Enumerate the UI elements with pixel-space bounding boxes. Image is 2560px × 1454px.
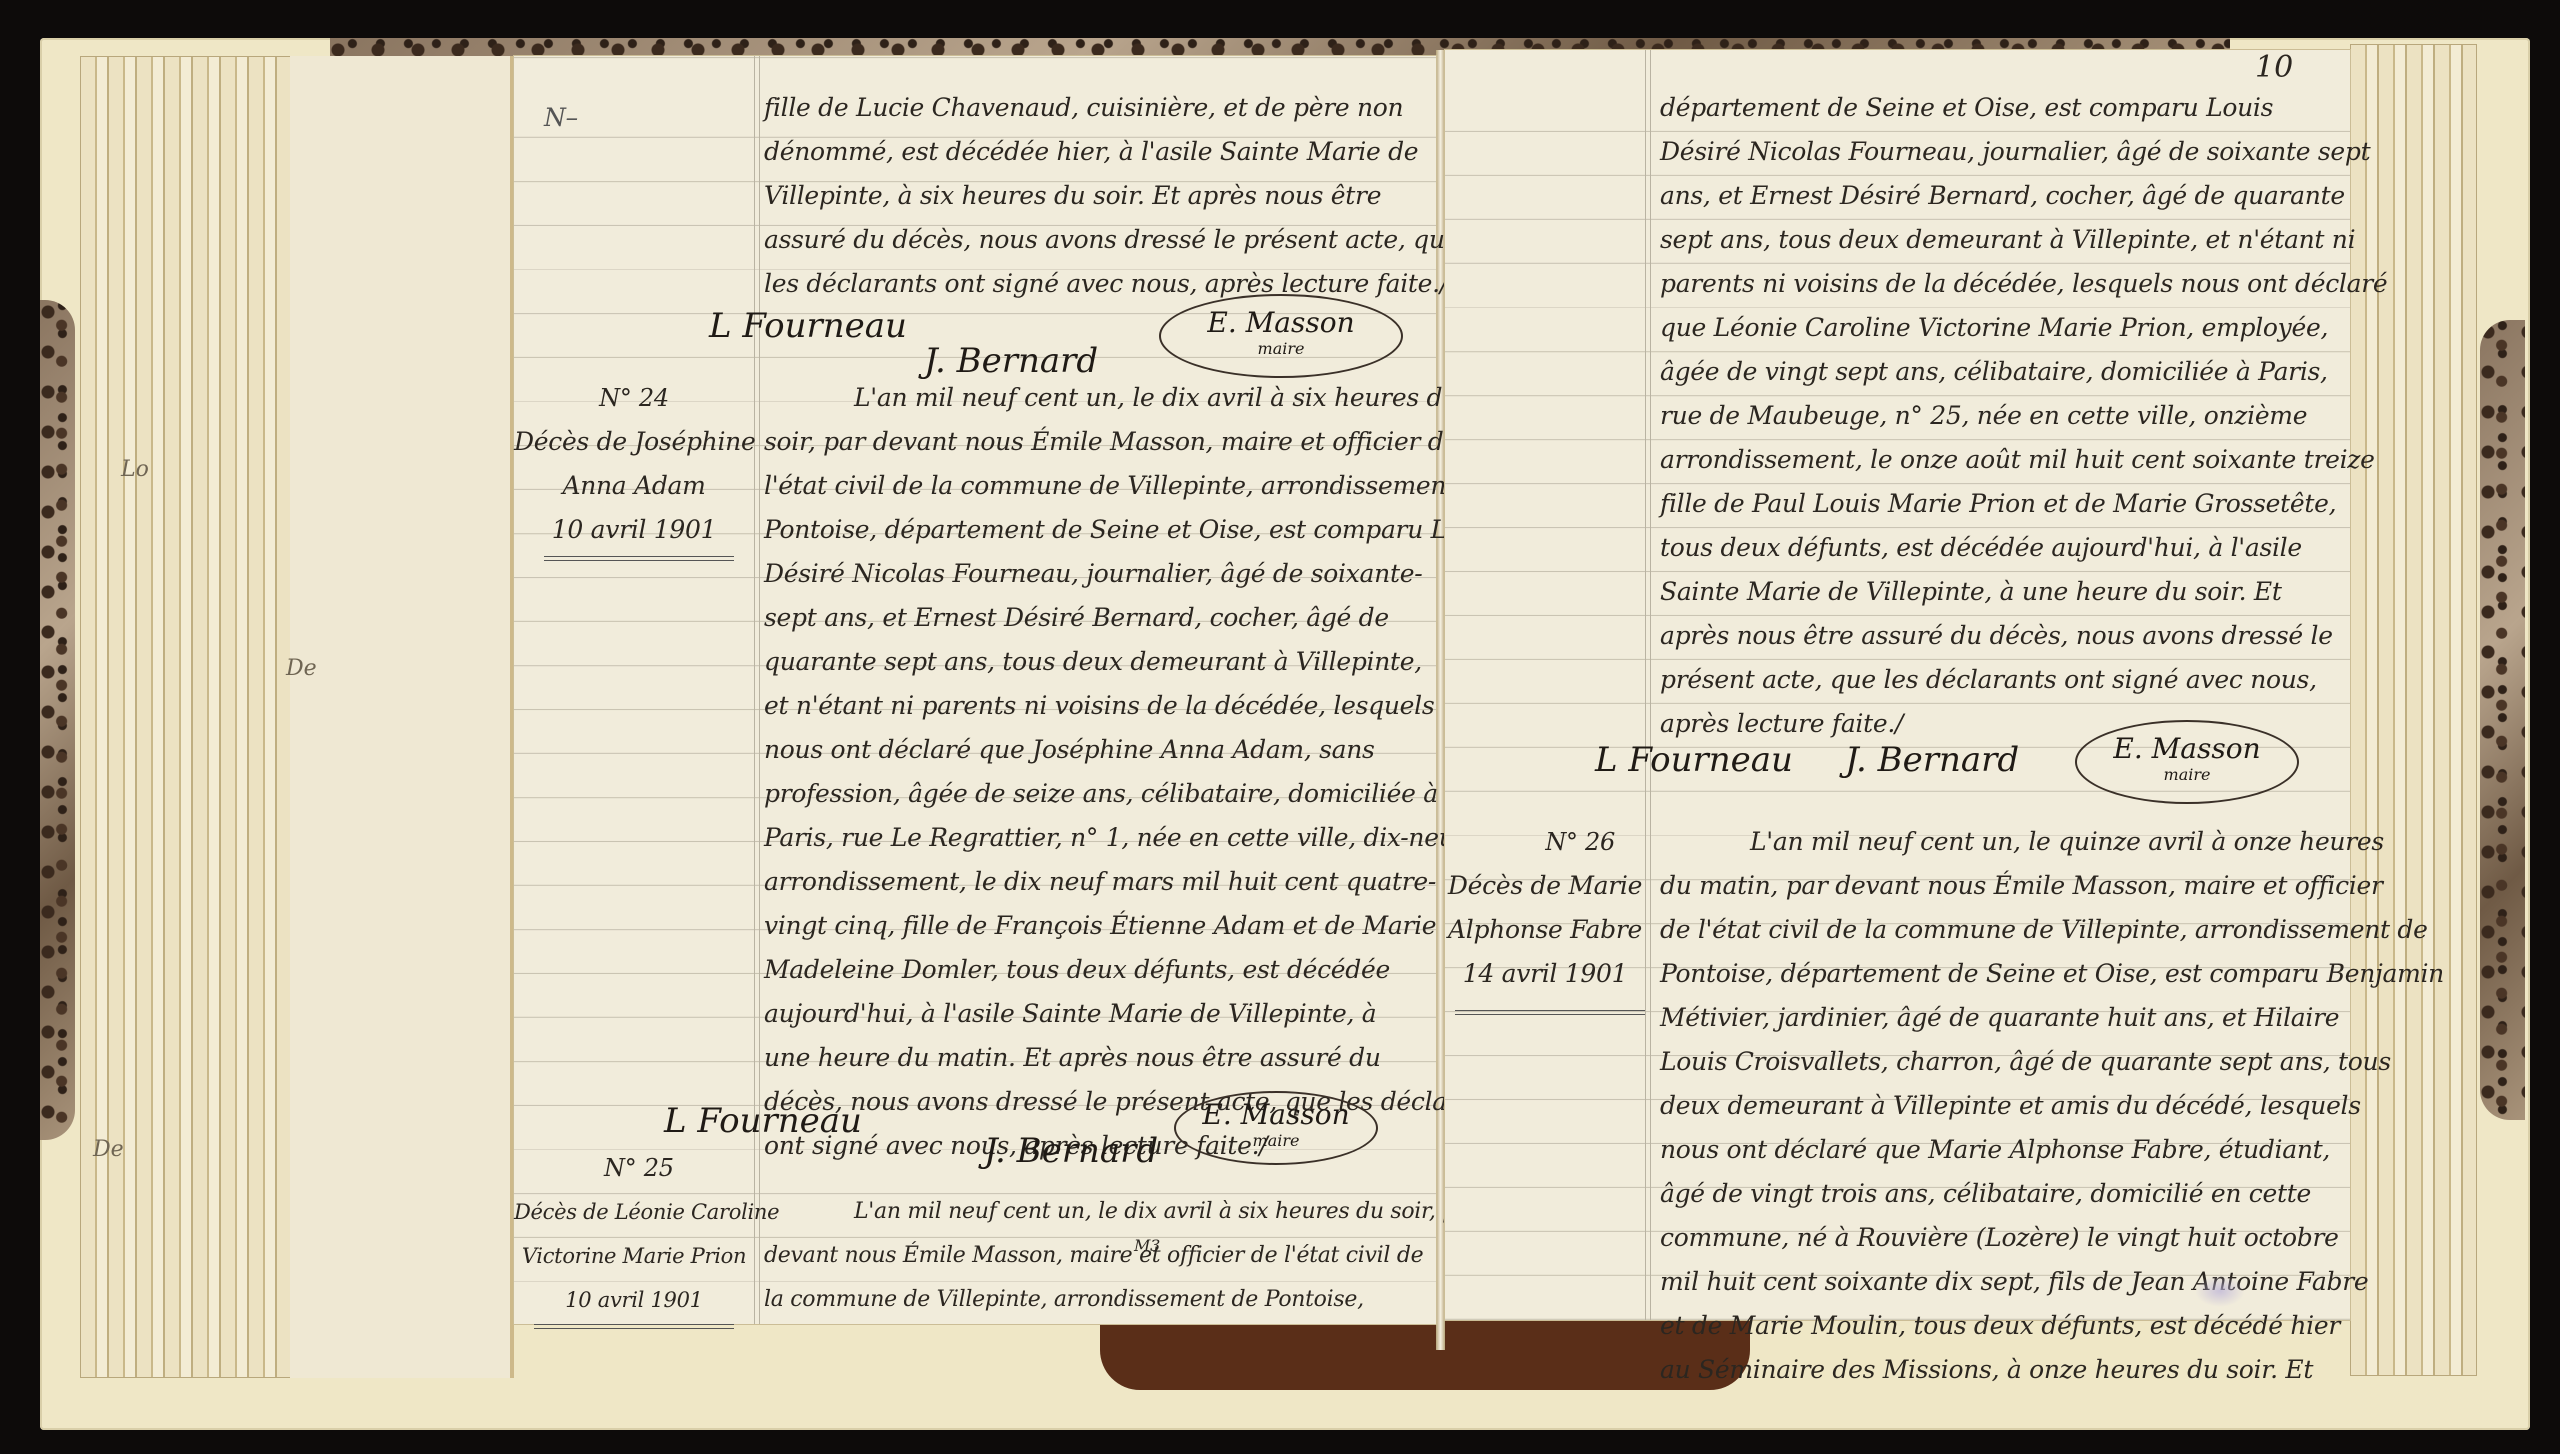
entry-25-margin: N° 25 Décès de Léonie Caroline Victorine… xyxy=(514,1146,754,1322)
entry-24-margin: N° 24 Décès de Joséphine Anna Adam 10 av… xyxy=(514,376,754,552)
entry-number: N° 24 xyxy=(514,376,754,420)
blank-leaf: De xyxy=(290,56,514,1378)
entry-number: N° 25 xyxy=(514,1146,754,1190)
right-page: 10 département de Seine et Oise, est com… xyxy=(1445,50,2350,1320)
page-edge-note: De xyxy=(93,1137,124,1162)
stamp-mark: M3 xyxy=(1134,1224,1160,1268)
folio-number: 10 xyxy=(2255,50,2293,85)
page-edge-note: De xyxy=(286,656,317,681)
marbled-cover-left xyxy=(40,300,75,1140)
signature-bernard: J. Bernard xyxy=(984,1131,1158,1171)
page-edge-note: Lo xyxy=(121,457,149,482)
entry-23-continuation: fille de Lucie Chavenaud, cuisinière, et… xyxy=(764,86,1459,306)
entry-25-continuation: département de Seine et Oise, est compar… xyxy=(1660,86,2387,746)
marbled-cover-right xyxy=(2480,320,2525,1120)
top-mark: N– xyxy=(544,96,578,140)
book-spine-binding xyxy=(1100,1320,1750,1390)
signature-fourneau: L Fourneau xyxy=(1595,740,1793,780)
entry-separator xyxy=(1455,1010,1645,1015)
left-page: N– fille de Lucie Chavenaud, cuisinière,… xyxy=(514,56,1436,1324)
signature-fourneau: L Fourneau xyxy=(709,306,907,346)
entry-separator xyxy=(544,556,734,561)
entry-number: N° 26 xyxy=(1445,820,1645,864)
mayor-signature-seal: E. Massonmaire xyxy=(1174,1091,1378,1165)
mayor-signature-seal: E. Massonmaire xyxy=(2075,720,2299,804)
entry-25-text: L'an mil neuf cent un, le dix avril à si… xyxy=(764,1190,1479,1322)
mayor-signature-seal: E. Massonmaire xyxy=(1159,294,1403,378)
entry-26-text: L'an mil neuf cent un, le quinze avril à… xyxy=(1660,820,2444,1392)
entry-24-text: L'an mil neuf cent un, le dix avril à si… xyxy=(764,376,1528,1168)
signature-fourneau: L Fourneau xyxy=(664,1101,862,1141)
signature-bernard: J. Bernard xyxy=(924,341,1098,381)
ink-stamp-mark xyxy=(2195,1275,2245,1307)
left-page-stack: Lo De xyxy=(80,56,292,1378)
signature-bernard: J. Bernard xyxy=(1845,740,2019,780)
entry-separator xyxy=(534,1324,734,1329)
entry-26-margin: N° 26 Décès de Marie Alphonse Fabre 14 a… xyxy=(1445,820,1645,996)
